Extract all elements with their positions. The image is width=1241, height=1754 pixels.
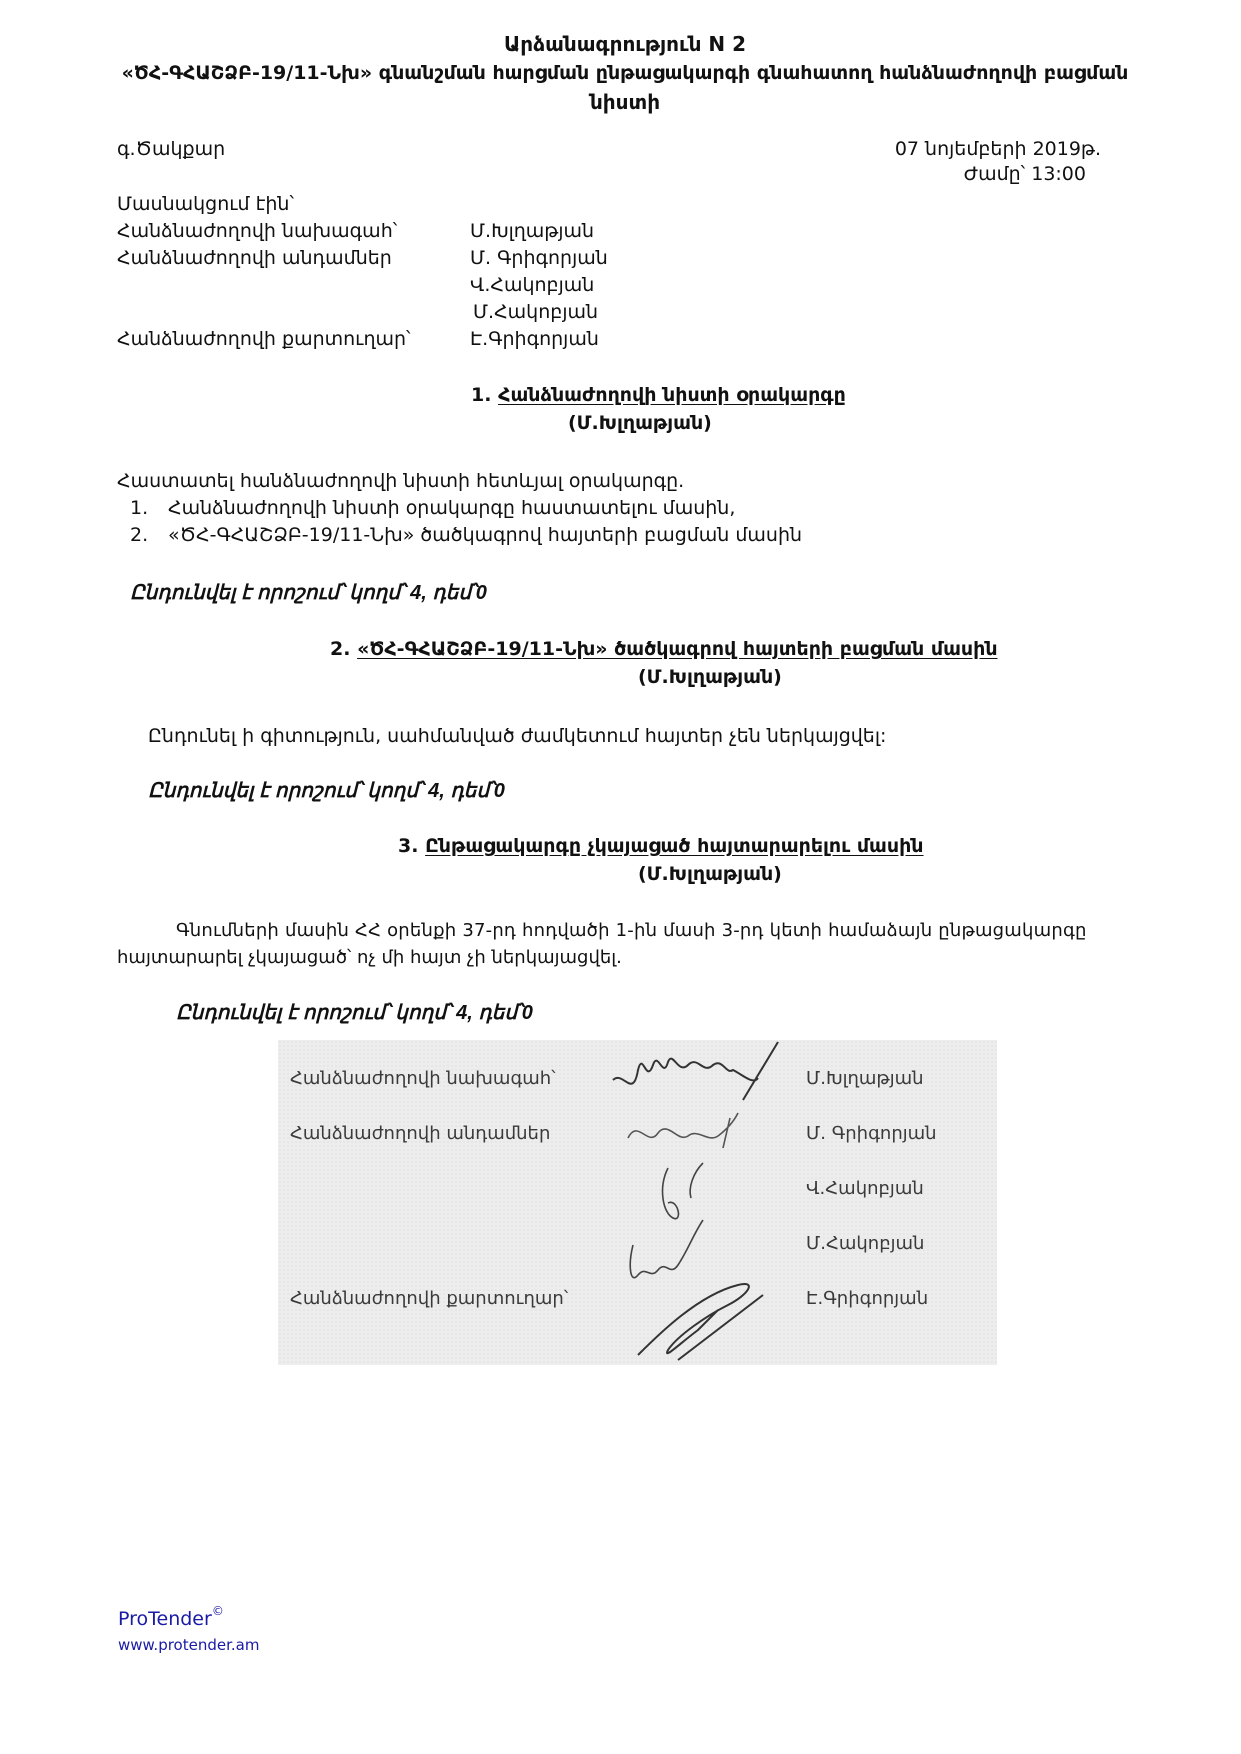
signature-role: Հանձնաժողովի անդամներ (290, 1123, 550, 1144)
section-body: Հաստատել հանձնաժողովի նիստի հետևյալ օրակ… (117, 470, 684, 492)
signature-name: Մ.Խլղաթյան (806, 1068, 924, 1089)
decision-text: Ընդունվել է որոշում՝ կողմ՝ 4, դեմ՝0 (130, 580, 487, 605)
section-3-heading: 3. Ընթացակարգը չկայացած հայտարարելու մաս… (398, 835, 924, 857)
participant-role: Հանձնաժողովի քարտուղար՝ (117, 328, 411, 350)
signature-name: Վ.Հակոբյան (806, 1178, 924, 1199)
section-number: 1. (471, 384, 491, 406)
footer-url-link[interactable]: www.protender.am (118, 1636, 259, 1654)
signature-mark-2 (618, 1108, 748, 1158)
signature-name: Մ.Հակոբյան (806, 1233, 924, 1254)
participant-role: Հանձնաժողովի նախագահ՝ (117, 220, 397, 242)
decision-text: Ընդունվել է որոշում՝ կողմ՝ 4, դեմ՝0 (176, 1000, 533, 1025)
section-body: Ընդունել ի գիտություն, սահմանված ժամկետո… (148, 725, 886, 747)
section-speaker: (Մ.Խլղաթյան) (638, 666, 782, 688)
section-number: 3. (398, 835, 418, 857)
signature-role: Հանձնաժողովի քարտուղար՝ (290, 1288, 568, 1309)
section-title: Ընթացակարգը չկայացած հայտարարելու մասին (425, 835, 923, 857)
participant-name: Մ.Խլղաթյան (470, 220, 594, 242)
section-body-line-1: Գնումների մասին ՀՀ օրենքի 37-րդ հոդվածի … (176, 920, 1087, 941)
signature-role: Հանձնաժողովի նախագահ՝ (290, 1068, 556, 1089)
participant-name: Վ.Հակոբյան (470, 274, 594, 296)
participant-name: Է.Գրիգորյան (470, 328, 599, 350)
section-speaker: (Մ.Խլղաթյան) (568, 412, 712, 434)
participants-heading: Մասնակցում էին՝ (117, 193, 294, 215)
signature-name: Է.Գրիգորյան (806, 1288, 928, 1309)
participant-name: Մ.Հակոբյան (473, 301, 598, 323)
section-1-heading: 1. Հանձնաժողովի նիստի օրակարգը (471, 384, 846, 406)
participant-role: Հանձնաժողովի անդամներ (117, 247, 392, 269)
signature-name: Մ. Գրիգորյան (806, 1123, 937, 1144)
signatures-scan: Հանձնաժողովի նախագահ՝ Մ.Խլղաթյան Հանձնաժ… (278, 1040, 997, 1365)
participant-name: Մ. Գրիգորյան (470, 247, 608, 269)
footer-brand: ProTender© (118, 1604, 224, 1630)
section-body-line-2: հայտարարել չկայացած՝ ոչ մի հայտ չի ներկա… (117, 947, 622, 968)
title-line-3: նիստի (120, 88, 1130, 117)
meeting-time: Ժամը՝ 13:00 (964, 163, 1086, 185)
agenda-item: 2.«ԾՀ-ԳՀԱՇՁԲ-19/11-Նխ» ծածկագրով հայտերի… (130, 524, 802, 546)
section-2-heading: 2. «ԾՀ-ԳՀԱՇՁԲ-19/11-Նխ» ծածկագրով հայտեր… (330, 638, 998, 660)
signature-mark-1 (608, 1040, 788, 1110)
section-title: Հանձնաժողովի նիստի օրակարգը (498, 384, 846, 406)
meeting-date: 07 նոյեմբերի 2019թ. (895, 138, 1101, 160)
brand-name: ProTender (118, 1608, 212, 1630)
agenda-item: 1.Հանձնաժողովի նիստի օրակարգը հաստատելու… (130, 497, 735, 519)
meeting-place: գ.Ծակքար (117, 138, 225, 160)
signature-mark-5 (618, 1275, 768, 1365)
section-number: 2. (330, 638, 350, 660)
decision-text: Ընդունվել է որոշում՝ կողմ՝ 4, դեմ՝0 (148, 778, 505, 803)
title-line-1: Արձանագրություն N 2 (120, 30, 1130, 59)
document-title: Արձանագրություն N 2 «ԾՀ-ԳՀԱՇՁԲ-19/11-Նխ»… (120, 30, 1130, 117)
copyright-icon: © (212, 1604, 224, 1618)
title-line-2: «ԾՀ-ԳՀԱՇՁԲ-19/11-Նխ» գնանշման հարցման ըն… (120, 59, 1130, 88)
section-speaker: (Մ.Խլղաթյան) (638, 863, 782, 885)
section-title: «ԾՀ-ԳՀԱՇՁԲ-19/11-Նխ» ծածկագրով հայտերի բ… (357, 638, 997, 660)
